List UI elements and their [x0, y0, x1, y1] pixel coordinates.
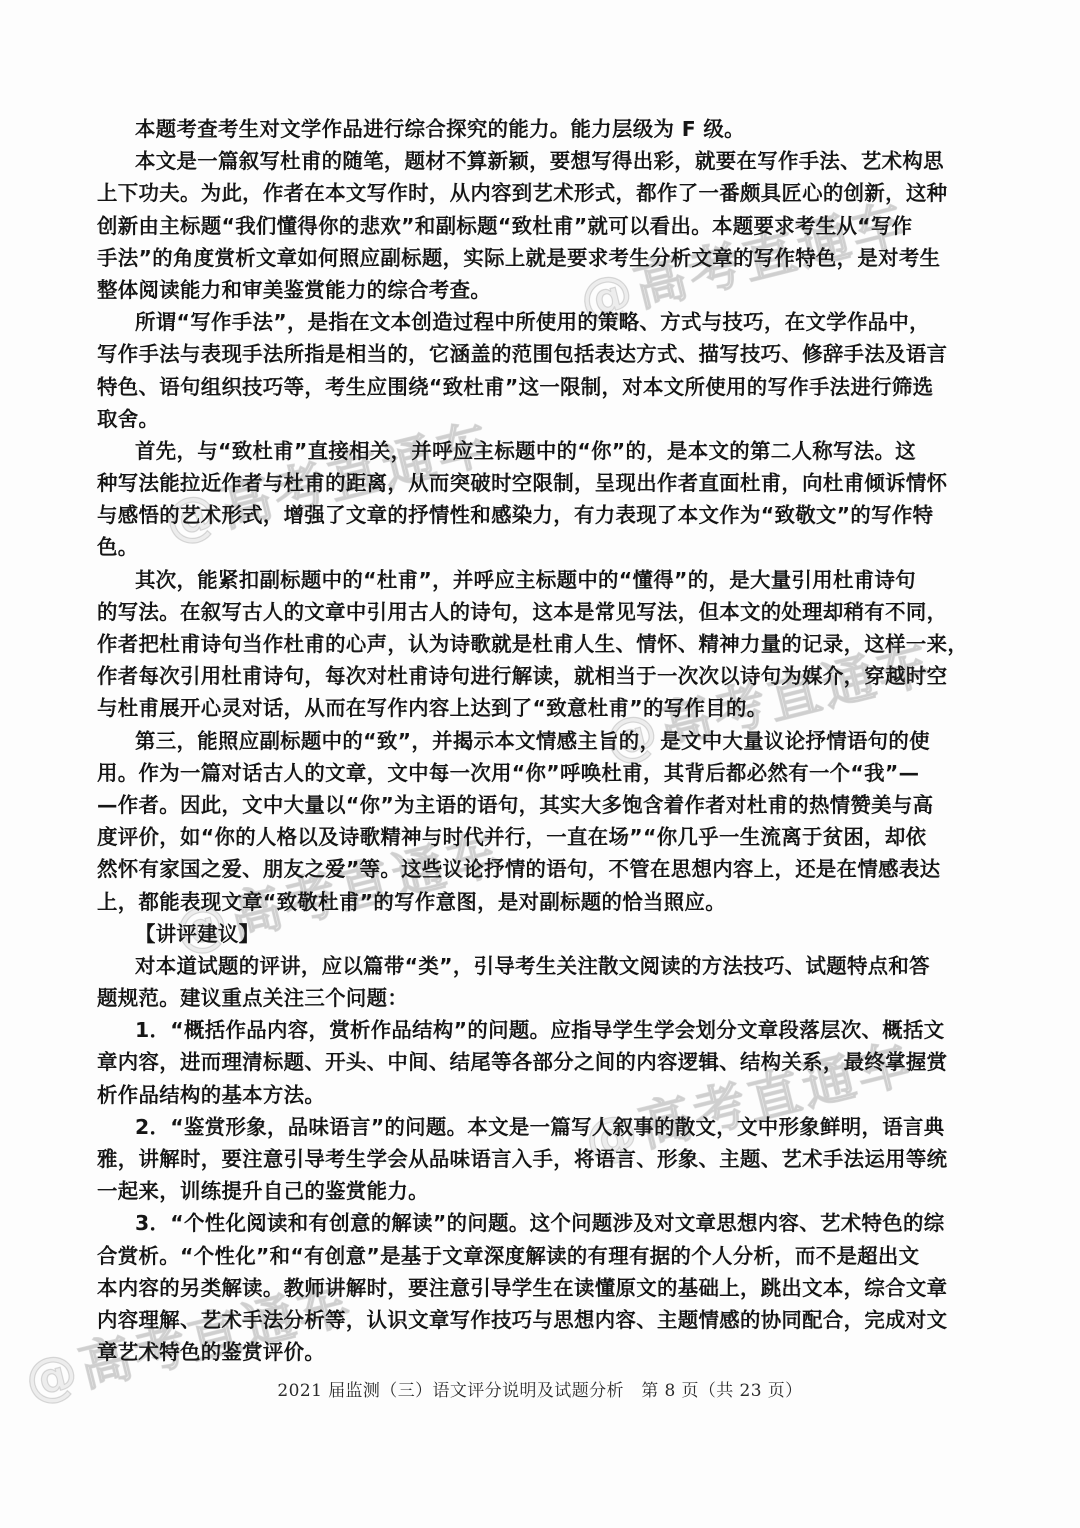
text-line: 一起来，训练提升自己的鉴赏能力。 [97, 1175, 997, 1207]
text-line: 其次，能紧扣副标题中的“杜甫”，并呼应主标题中的“懂得”的，是大量引用杜甫诗句 [97, 564, 997, 596]
text-line: 内容理解、艺术手法分析等，认识文章写作技巧与思想内容、主题情感的协同配合，完成对… [97, 1304, 997, 1336]
text-line: 章艺术特色的鉴赏评价。 [97, 1336, 997, 1368]
text-line: 种写法能拉近作者与杜甫的距离，从而突破时空限制，呈现出作者直面杜甫，向杜甫倾诉情… [97, 467, 997, 499]
text-line: 写作手法与表现手法所指是相当的，它涵盖的范围包括表达方式、描写技巧、修辞手法及语… [97, 338, 997, 370]
text-line: 本内容的另类解读。教师讲解时，要注意引导学生在读懂原文的基础上，跳出文本，综合文… [97, 1272, 997, 1304]
text-line: 上，都能表现文章“致敬杜甫”的写作意图，是对副标题的恰当照应。 [97, 886, 997, 918]
text-line: 本文是一篇叙写杜甫的随笔，题材不算新颖，要想写得出彩，就要在写作手法、艺术构思 [97, 145, 997, 177]
text-line: 章内容，进而理清标题、开头、中间、结尾等各部分之间的内容逻辑、结构关系，最终掌握… [97, 1046, 997, 1078]
text-line: 色。 [97, 531, 997, 563]
page-footer: 2021 届监测（三）语文评分说明及试题分析 第 8 页（共 23 页） [0, 1376, 1080, 1401]
text-line: 上下功夫。为此，作者在本文写作时，从内容到艺术形式，都作了一番颇具匠心的创新，这… [97, 177, 997, 209]
text-line: 2．“鉴赏形象，品味语言”的问题。本文是一篇写人叙事的散文，文中形象鲜明，语言典 [97, 1111, 997, 1143]
text-line: 与杜甫展开心灵对话，从而在写作内容上达到了“致意杜甫”的写作目的。 [97, 692, 997, 724]
text-line: 首先，与“致杜甫”直接相关，并呼应主标题中的“你”的，是本文的第二人称写法。这 [97, 435, 997, 467]
document-page: @高考直通车 @高考直通车 @高考直通车 @高考直通车 @高考直通车 @高考直通… [0, 0, 1080, 1528]
text-line: 度评价，如“你的人格以及诗歌精神与时代并行，一直在场”“你几乎一生流离于贫困，却… [97, 821, 997, 853]
text-line: 整体阅读能力和审美鉴赏能力的综合考查。 [97, 274, 997, 306]
document-body: 本题考查考生对文学作品进行综合探究的能力。能力层级为 F 级。 本文是一篇叙写杜… [97, 113, 997, 1368]
text-line: 用。作为一篇对话古人的文章，文中每一次用“你”呼唤杜甫，其背后都必然有一个“我”… [97, 757, 997, 789]
text-line: —作者。因此，文中大量以“你”为主语的语句，其实大多饱含着作者对杜甫的热情赞美与… [97, 789, 997, 821]
text-line: 创新由主标题“我们懂得你的悲欢”和副标题“致杜甫”就可以看出。本题要求考生从“写… [97, 210, 997, 242]
text-line: 题规范。建议重点关注三个问题： [97, 982, 997, 1014]
text-line: 手法”的角度赏析文章如何照应副标题，实际上就是要求考生分析文章的写作特色，是对考… [97, 242, 997, 274]
text-line: 合赏析。“个性化”和“有创意”是基于文章深度解读的有理有据的个人分析，而不是超出… [97, 1240, 997, 1272]
section-heading: 【讲评建议】 [97, 918, 997, 950]
text-line: 本题考查考生对文学作品进行综合探究的能力。能力层级为 F 级。 [97, 113, 997, 145]
text-line: 与感悟的艺术形式，增强了文章的抒情性和感染力，有力表现了本文作为“致敬文”的写作… [97, 499, 997, 531]
text-line: 作者把杜甫诗句当作杜甫的心声，认为诗歌就是杜甫人生、情怀、精神力量的记录，这样一… [97, 628, 997, 660]
text-line: 然怀有家国之爱、朋友之爱”等。这些议论抒情的语句，不管在思想内容上，还是在情感表… [97, 853, 997, 885]
text-line: 特色、语句组织技巧等，考生应围绕“致杜甫”这一限制，对本文所使用的写作手法进行筛… [97, 371, 997, 403]
text-line: 的写法。在叙写古人的文章中引用古人的诗句，这本是常见写法，但本文的处理却稍有不同… [97, 596, 997, 628]
text-line: 第三，能照应副标题中的“致”，并揭示本文情感主旨的，是文中大量议论抒情语句的使 [97, 725, 997, 757]
text-line: 取舍。 [97, 403, 997, 435]
text-line: 作者每次引用杜甫诗句，每次对杜甫诗句进行解读，就相当于一次次以诗句为媒介，穿越时… [97, 660, 997, 692]
text-line: 对本道试题的评讲，应以篇带“类”，引导考生关注散文阅读的方法技巧、试题特点和答 [97, 950, 997, 982]
text-line: 雅，讲解时，要注意引导考生学会从品味语言入手，将语言、形象、主题、艺术手法运用等… [97, 1143, 997, 1175]
text-line: 1．“概括作品内容，赏析作品结构”的问题。应指导学生学会划分文章段落层次、概括文 [97, 1014, 997, 1046]
text-line: 3．“个性化阅读和有创意的解读”的问题。这个问题涉及对文章思想内容、艺术特色的综 [97, 1207, 997, 1239]
text-line: 析作品结构的基本方法。 [97, 1079, 997, 1111]
text-line: 所谓“写作手法”，是指在文本创造过程中所使用的策略、方式与技巧，在文学作品中， [97, 306, 997, 338]
